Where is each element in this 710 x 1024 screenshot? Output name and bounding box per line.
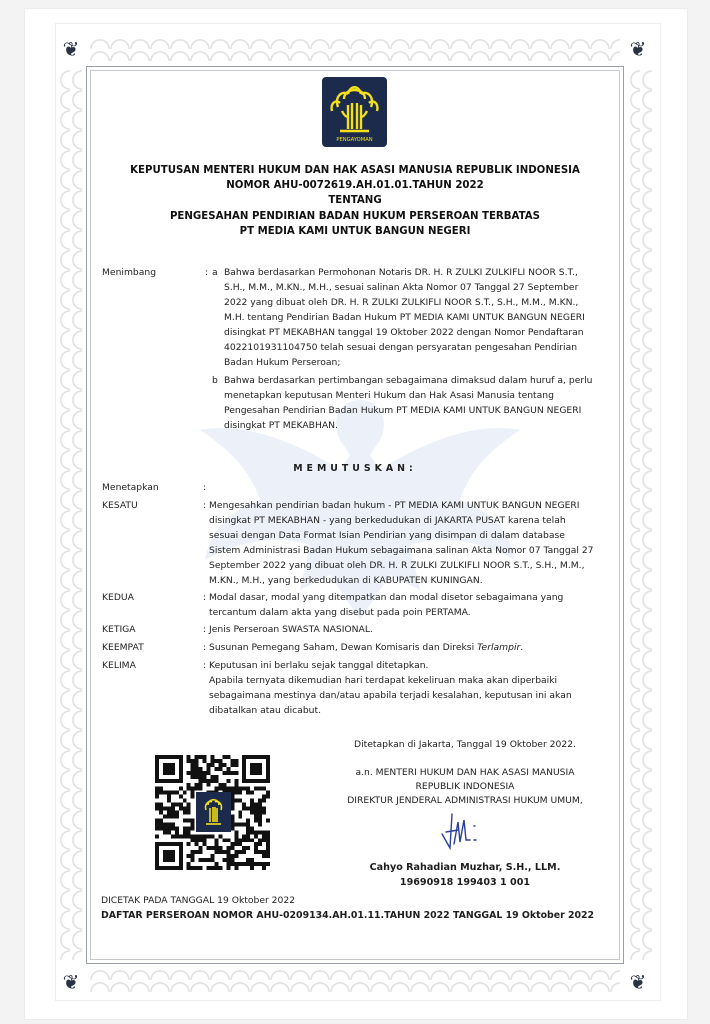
scallop-border-left — [58, 70, 82, 960]
colon: : — [203, 658, 206, 673]
colon: : — [203, 590, 206, 605]
pengayoman-logo: PENGAYOMAN — [322, 77, 387, 147]
decision-label: KELIMA — [102, 658, 136, 673]
colon: : — [203, 640, 206, 655]
scallop-border-top — [90, 37, 620, 61]
menimbang-label: Menimbang — [102, 265, 156, 280]
colon: : — [203, 622, 206, 637]
qr-center-logo — [196, 792, 231, 832]
signature-icon — [440, 812, 490, 852]
on-behalf-2: REPUBLIK INDONESIA — [330, 780, 600, 793]
item-letter: b — [212, 373, 218, 388]
decision-text: Keputusan ini berlaku sejak tanggal dite… — [209, 658, 610, 718]
colon: : — [203, 480, 206, 495]
registry-number: DAFTAR PERSEROAN NOMOR AHU-0209134.AH.01… — [101, 908, 621, 923]
decision-label: KESATU — [102, 498, 138, 513]
decision-label: KEDUA — [102, 590, 134, 605]
company-name: PT MEDIA KAMI UNTUK BANGUN NEGERI — [100, 224, 610, 239]
decree-about: TENTANG — [100, 193, 610, 208]
decision-text: Jenis Perseroan SWASTA NASIONAL. — [209, 622, 610, 637]
decision-text: Mengesahkan pendirian badan hukum - PT M… — [209, 498, 610, 588]
corner-ornament-icon: ❦ — [60, 38, 82, 60]
decision-label: KEEMPAT — [102, 640, 144, 655]
corner-ornament-icon: ❦ — [627, 971, 649, 993]
memutuskan-heading: MEMUTUSKAN: — [100, 463, 610, 474]
on-behalf-1: a.n. MENTERI HUKUM DAN HAK ASASI MANUSIA — [330, 766, 600, 779]
decision-label: KETIGA — [102, 622, 136, 637]
decree-number: NOMOR AHU-0072619.AH.01.01.TAHUN 2022 — [100, 178, 610, 193]
decree-header: KEPUTUSAN MENTERI HUKUM DAN HAK ASASI MA… — [100, 163, 610, 239]
corner-ornament-icon: ❦ — [627, 38, 649, 60]
pengayoman-tree-icon: PENGAYOMAN — [322, 77, 387, 147]
scallop-border-bottom — [90, 968, 620, 992]
pengayoman-tree-icon — [196, 792, 231, 832]
colon: : — [203, 498, 206, 513]
document-footer: DICETAK PADA TANGGAL 19 Oktober 2022 DAF… — [101, 893, 621, 923]
place-date: Ditetapkan di Jakarta, Tanggal 19 Oktobe… — [330, 738, 600, 751]
item-text: Bahwa berdasarkan Permohonan Notaris DR.… — [224, 265, 610, 370]
item-letter: a — [212, 265, 218, 280]
official-nip: 19690918 199403 1 001 — [330, 875, 600, 890]
official-position: DIREKTUR JENDERAL ADMINISTRASI HUKUM UMU… — [330, 794, 600, 807]
decision-text: Susunan Pemegang Saham, Dewan Komisaris … — [209, 640, 610, 655]
colon: : — [205, 265, 208, 280]
decision-text: Modal dasar, modal yang ditempatkan dan … — [209, 590, 610, 620]
printed-date: DICETAK PADA TANGGAL 19 Oktober 2022 — [101, 893, 621, 908]
official-name: Cahyo Rahadian Muzhar, S.H., LLM. — [330, 860, 600, 875]
decree-subject: PENGESAHAN PENDIRIAN BADAN HUKUM PERSERO… — [100, 209, 610, 224]
menetapkan-label: Menetapkan — [102, 480, 159, 495]
svg-text:PENGAYOMAN: PENGAYOMAN — [336, 137, 372, 143]
decree-title: KEPUTUSAN MENTERI HUKUM DAN HAK ASASI MA… — [100, 163, 610, 178]
scallop-border-right — [628, 70, 652, 960]
corner-ornament-icon: ❦ — [60, 971, 82, 993]
item-text: Bahwa berdasarkan pertimbangan sebagaima… — [224, 373, 610, 433]
